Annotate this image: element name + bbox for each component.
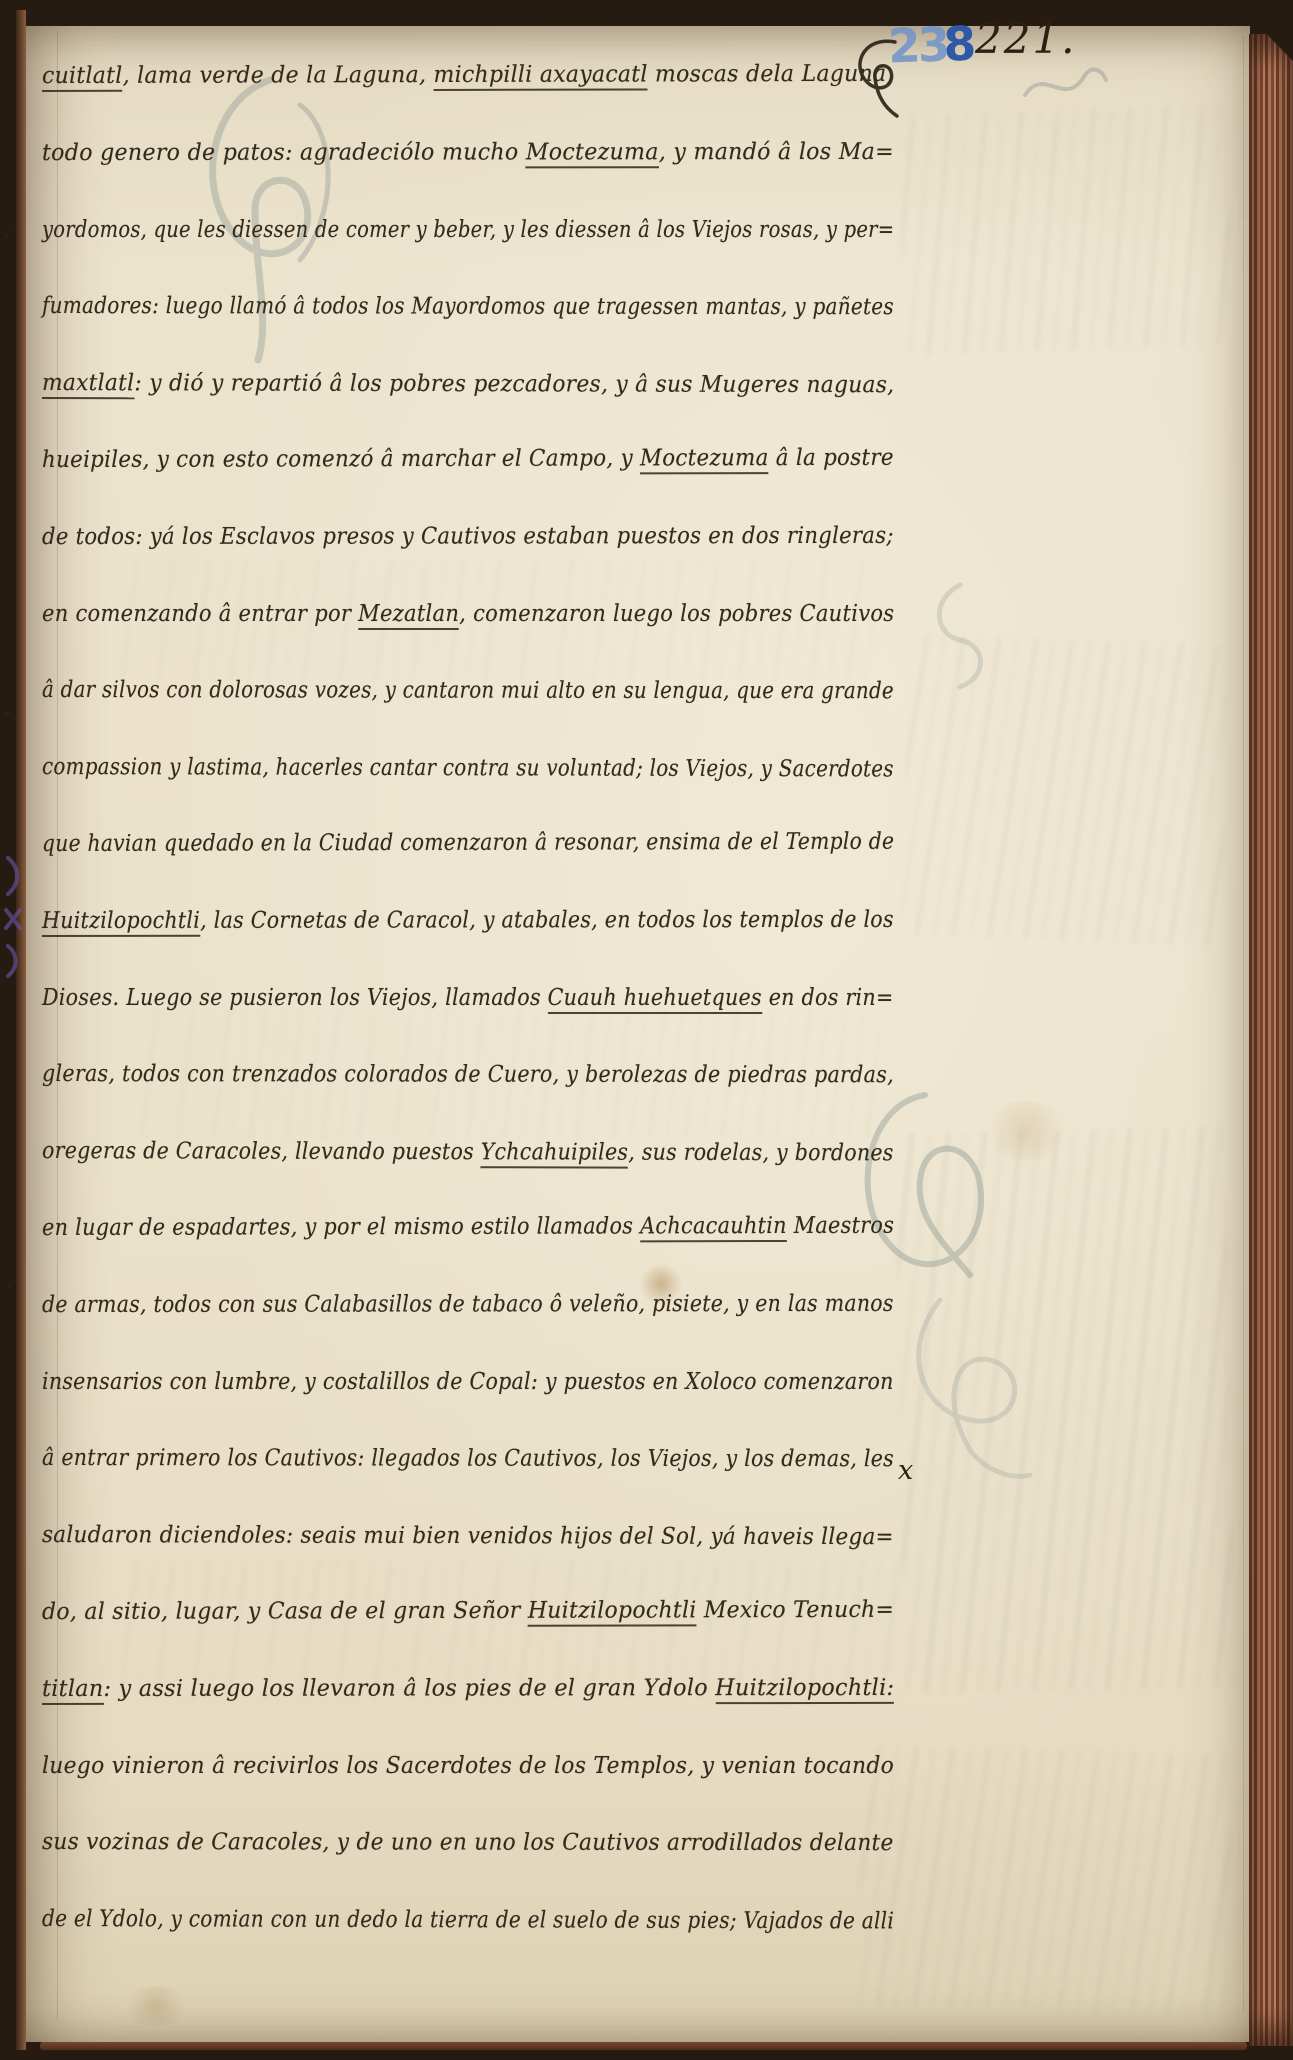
manuscript-line: â dar silvos con dolorosas vozes, y cant… <box>42 652 894 729</box>
gutter-fragment: · <box>6 1275 13 1300</box>
binding-gutter <box>16 10 26 2050</box>
manuscript-line: fumadores: luego llamó â todos los Mayor… <box>42 268 894 345</box>
book-fore-edge <box>1249 34 1293 2046</box>
manuscript-line: maxtlatl: y dió y repartió â los pobres … <box>42 345 894 422</box>
underlined-term: michpilli axayacatl <box>433 61 647 91</box>
underlined-term: titlan <box>42 1676 104 1705</box>
manuscript-line: que havian quedado en la Ciudad comenzar… <box>42 806 894 883</box>
manuscript-scan: 238 221. : - · cuitlatl, lama verde de l… <box>0 0 1293 2060</box>
manuscript-line: do, al sitio, lugar, y Casa de el gran S… <box>42 1574 894 1651</box>
manuscript-line: de el Ydolo, y comian con un dedo la tie… <box>42 1881 894 1958</box>
page-corner <box>1197 0 1293 78</box>
manuscript-line: de armas, todos con sus Calabasillos de … <box>42 1267 894 1344</box>
underlined-term: Cuauh huehuetques <box>548 985 762 1014</box>
manuscript-line: luego vinieron â recivirlos los Sacerdot… <box>42 1728 894 1805</box>
manuscript-line: todo genero de patos: agradeciólo mucho … <box>42 115 894 192</box>
text-block: cuitlatl, lama verde de la Laguna, michp… <box>42 38 894 1958</box>
manuscript-line: en lugar de espadartes, y por el mismo e… <box>42 1190 894 1267</box>
underlined-term: Achcacauhtin <box>640 1213 787 1242</box>
manuscript-line: Dioses. Luego se pusieron los Viejos, ll… <box>42 960 894 1037</box>
manuscript-line: insensarios con lumbre, y costalillos de… <box>42 1344 894 1421</box>
cross-mark: x <box>898 1455 913 1486</box>
underlined-term: Mezatlan <box>358 601 459 630</box>
underlined-term: Huitzilopochtli: <box>715 1675 894 1704</box>
manuscript-line: hueipiles, y con esto comenzó â marchar … <box>42 422 894 499</box>
manuscript-line: en comenzando â entrar por Mezatlan, com… <box>42 576 894 653</box>
manuscript-line: titlan: y assi luego los llevaron â los … <box>42 1651 894 1728</box>
gutter-fragment: : <box>4 218 11 243</box>
underlined-term: Ychcahuipiles <box>481 1139 629 1168</box>
manuscript-line: gleras, todos con trenzados colorados de… <box>42 1036 894 1113</box>
paper-stain <box>981 1101 1071 1161</box>
page-bottom-edge <box>40 2042 1247 2050</box>
manuscript-line: de todos: yá los Esclavos presos y Cauti… <box>42 499 894 576</box>
underlined-term: cuitlatl <box>42 63 123 92</box>
underlined-term: Huitzilopochtli <box>42 908 200 937</box>
manuscript-line: sus vozinas de Caracoles, y de uno en un… <box>42 1804 894 1881</box>
right-page-edge-line <box>1243 36 1244 2011</box>
folio-number: 221. <box>975 14 1077 63</box>
manuscript-line: oregeras de Caracoles, llevando puestos … <box>42 1113 894 1190</box>
archive-stamp-number: 238 <box>887 16 977 74</box>
underlined-term: Moctezuma <box>640 445 769 474</box>
stamp-digits-light: 23 <box>887 17 948 74</box>
manuscript-line: yordomos, que les diessen de comer y beb… <box>42 192 894 269</box>
manuscript-line: saludaron diciendoles: seais mui bien ve… <box>42 1497 894 1574</box>
manuscript-line: compassion y lastima, hacerles cantar co… <box>42 729 894 806</box>
underlined-term: Moctezuma <box>526 139 659 168</box>
underlined-term: maxtlatl <box>42 370 134 399</box>
underlined-term: Huitzilopochtli <box>528 1597 697 1626</box>
manuscript-line: Huitzilopochtli, las Cornetas de Caracol… <box>42 883 894 960</box>
manuscript-line: â entrar primero los Cautivos: llegados … <box>42 1420 894 1497</box>
manuscript-line: cuitlatl, lama verde de la Laguna, michp… <box>42 38 894 115</box>
gutter-fragment: - <box>4 700 11 725</box>
paper-stain <box>121 1986 191 2026</box>
